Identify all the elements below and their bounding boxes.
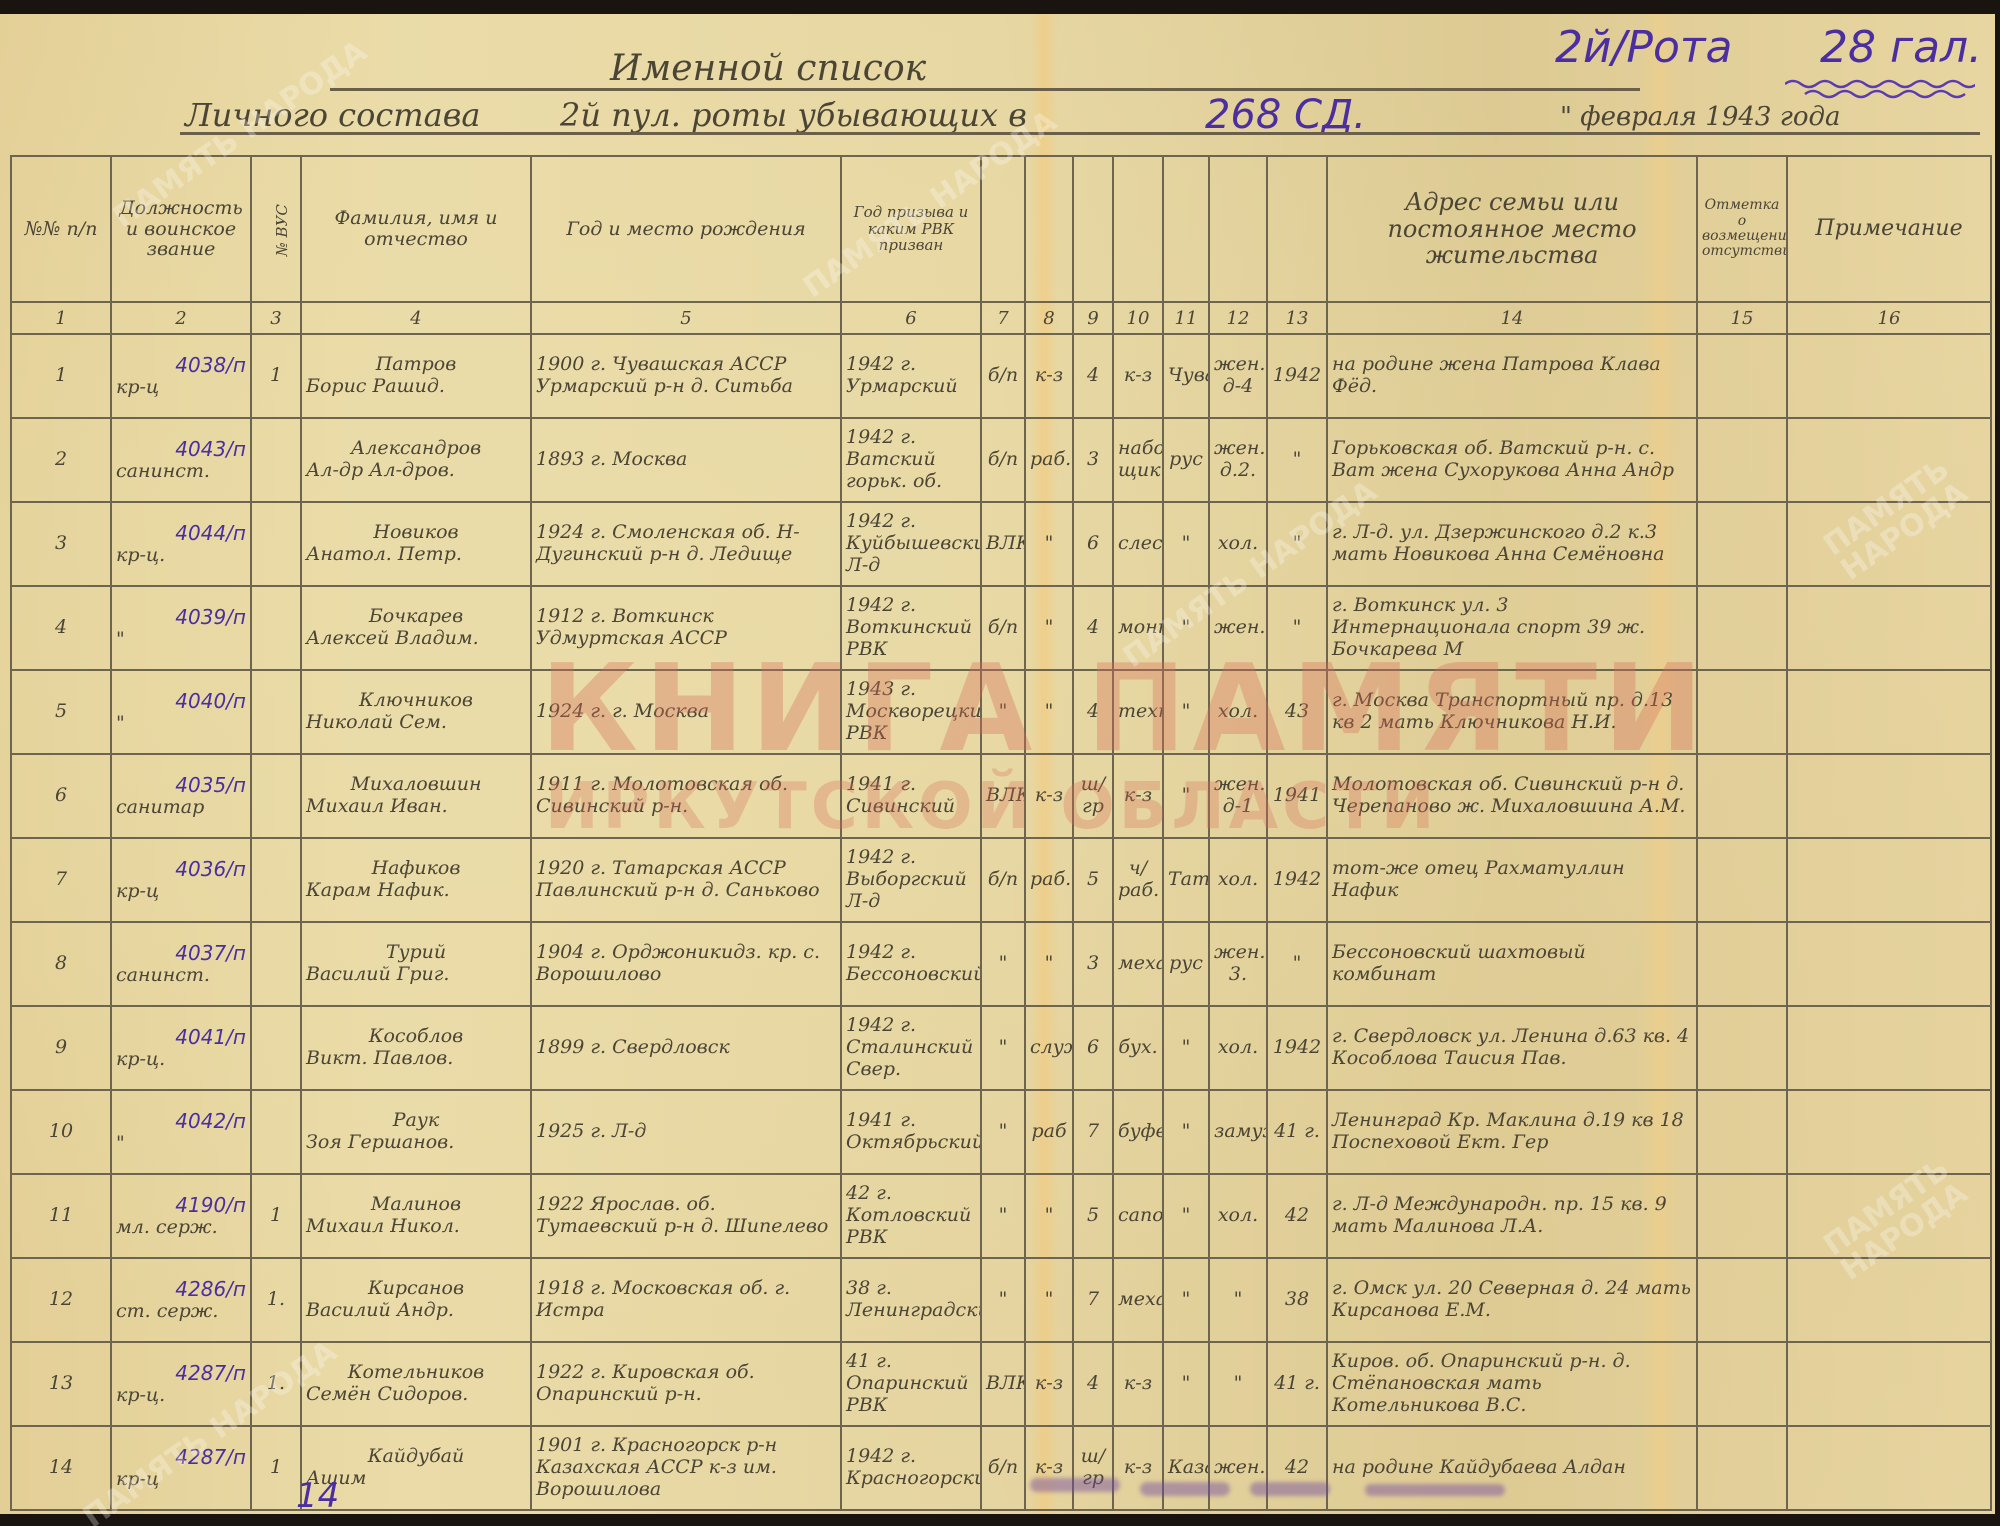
- note-cell: [1787, 586, 1991, 670]
- note-cell: [1787, 1006, 1991, 1090]
- social-cell: к-з: [1025, 1342, 1073, 1426]
- col-num: 10: [1113, 302, 1163, 334]
- header-oath: Принимал присягу: [1267, 156, 1327, 302]
- oath-cell: 1941: [1267, 754, 1327, 838]
- ink-stain: [1365, 1484, 1505, 1496]
- surname: Михаловшин: [306, 774, 526, 796]
- service-number: 4043/п: [116, 438, 246, 461]
- header-vus: № ВУС: [251, 156, 301, 302]
- row-number: 9: [11, 1006, 111, 1090]
- rank-cell: 4287/пкр-ц: [111, 1426, 251, 1510]
- oath-cell: ": [1267, 922, 1327, 1006]
- rank-cell: 4190/пмл. серж.: [111, 1174, 251, 1258]
- specialty-cell: к-з: [1113, 1426, 1163, 1510]
- nationality-cell: Казах: [1163, 1426, 1209, 1510]
- nationality-cell: ": [1163, 1174, 1209, 1258]
- draft-cell: 1943 г. Москворецкий РВК: [841, 670, 981, 754]
- vus-cell: [251, 838, 301, 922]
- header-family: Семейное положение: [1209, 156, 1267, 302]
- rank-text: кр-ц: [116, 1469, 246, 1491]
- mark-cell: [1697, 1258, 1787, 1342]
- rank-text: кр-ц: [116, 377, 246, 399]
- birth-cell: 1922 Ярослав. об. Тутаевский р-н д. Шипе…: [531, 1174, 841, 1258]
- table-row: 44039/п"БочкаревАлексей Владим.1912 г. В…: [11, 586, 1991, 670]
- service-number: 4287/п: [116, 1362, 246, 1385]
- given-name: Василий Григ.: [306, 964, 526, 986]
- party-cell: б/п: [981, 586, 1025, 670]
- row-number: 2: [11, 418, 111, 502]
- education-cell: 4: [1073, 1342, 1113, 1426]
- row-number: 11: [11, 1174, 111, 1258]
- vus-cell: [251, 754, 301, 838]
- service-number: 4038/п: [116, 354, 246, 377]
- full-name-cell: НафиковКарам Нафик.: [301, 838, 531, 922]
- col-num: 5: [531, 302, 841, 334]
- social-cell: к-з: [1025, 754, 1073, 838]
- specialty-cell: механик: [1113, 922, 1163, 1006]
- note-cell: [1787, 1258, 1991, 1342]
- surname: Раук: [306, 1110, 526, 1132]
- rank-cell: 4037/псанинст.: [111, 922, 251, 1006]
- document-date: " февраля 1943 года: [1560, 102, 1840, 132]
- given-name: Семён Сидоров.: [306, 1384, 526, 1406]
- subtitle-unit: 2й пул. роты убывающих в: [560, 96, 1027, 134]
- rank-text: санинст.: [116, 461, 246, 483]
- address-cell: г. Москва Транспортный пр. д.13 кв 2 мат…: [1327, 670, 1697, 754]
- party-cell: б/п: [981, 334, 1025, 418]
- birth-cell: 1904 г. Орджоникидз. кр. с. Ворошилово: [531, 922, 841, 1006]
- rank-text: кр-ц.: [116, 1049, 246, 1071]
- mark-cell: [1697, 1174, 1787, 1258]
- nationality-cell: ": [1163, 1090, 1209, 1174]
- address-cell: г. Л-д. ул. Дзержинского д.2 к.3 мать Но…: [1327, 502, 1697, 586]
- party-cell: ": [981, 1006, 1025, 1090]
- ink-stain: [1250, 1482, 1330, 1496]
- mark-cell: [1697, 502, 1787, 586]
- service-number: 4190/п: [116, 1194, 246, 1217]
- bottom-count-mark: 14: [296, 1476, 339, 1516]
- birth-cell: 1893 г. Москва: [531, 418, 841, 502]
- vus-cell: 1: [251, 1174, 301, 1258]
- birth-cell: 1918 г. Московская об. г. Истра: [531, 1258, 841, 1342]
- full-name-cell: БочкаревАлексей Владим.: [301, 586, 531, 670]
- mark-cell: [1697, 586, 1787, 670]
- family-cell: жен. 3.: [1209, 922, 1267, 1006]
- birth-cell: 1924 г. Смоленская об. Н-Дугинский р-н д…: [531, 502, 841, 586]
- family-cell: хол.: [1209, 838, 1267, 922]
- education-cell: 3: [1073, 922, 1113, 1006]
- header-nationality: Национальность: [1163, 156, 1209, 302]
- given-name: Карам Нафик.: [306, 880, 526, 902]
- birth-cell: 1901 г. Красногорск р-н Казахская АССР к…: [531, 1426, 841, 1510]
- rank-text: ст. серж.: [116, 1301, 246, 1323]
- address-cell: Молотовская об. Сивинский р-н д. Черепан…: [1327, 754, 1697, 838]
- row-number: 6: [11, 754, 111, 838]
- rank-cell: 4287/пкр-ц.: [111, 1342, 251, 1426]
- header-draft: Год призыва и каким РВК призван: [841, 156, 981, 302]
- rank-text: ": [116, 713, 246, 735]
- party-cell: ": [981, 1174, 1025, 1258]
- service-number: 4286/п: [116, 1278, 246, 1301]
- double-wavy-underline: [1785, 78, 1975, 100]
- rank-cell: 4040/п": [111, 670, 251, 754]
- header-education: Образование: [1073, 156, 1113, 302]
- oath-cell: 41 г.: [1267, 1342, 1327, 1426]
- header-social: Социальное положение: [1025, 156, 1073, 302]
- given-name: Викт. Павлов.: [306, 1048, 526, 1070]
- mark-cell: [1697, 1006, 1787, 1090]
- draft-cell: 1942 г. Воткинский РВК: [841, 586, 981, 670]
- full-name-cell: КирсановВасилий Андр.: [301, 1258, 531, 1342]
- specialty-cell: к-з: [1113, 1342, 1163, 1426]
- vus-cell: [251, 922, 301, 1006]
- birth-cell: 1899 г. Свердловск: [531, 1006, 841, 1090]
- ink-stain: [1030, 1478, 1120, 1492]
- full-name-cell: РаукЗоя Гершанов.: [301, 1090, 531, 1174]
- specialty-cell: монтёр: [1113, 586, 1163, 670]
- col-num: 6: [841, 302, 981, 334]
- surname: Ключников: [306, 690, 526, 712]
- full-name-cell: КособловВикт. Павлов.: [301, 1006, 531, 1090]
- table-row: 124286/пст. серж.1.КирсановВасилий Андр.…: [11, 1258, 1991, 1342]
- rank-cell: 4036/пкр-ц: [111, 838, 251, 922]
- draft-cell: 42 г. Котловский РВК: [841, 1174, 981, 1258]
- education-cell: ш/гр: [1073, 754, 1113, 838]
- col-num: 7: [981, 302, 1025, 334]
- subtitle-left: Личного состава: [185, 96, 480, 134]
- company-reference: 28 гал.: [1820, 22, 1982, 73]
- oath-cell: 1942: [1267, 1006, 1327, 1090]
- social-cell: ": [1025, 502, 1073, 586]
- oath-cell: ": [1267, 502, 1327, 586]
- nationality-cell: Чуваш: [1163, 334, 1209, 418]
- header-rank: Должность и воинское звание: [111, 156, 251, 302]
- surname: Александров: [306, 438, 526, 460]
- address-cell: г. Свердловск ул. Ленина д.63 кв. 4 Косо…: [1327, 1006, 1697, 1090]
- title-underline: [330, 88, 1640, 91]
- family-cell: замуж.: [1209, 1090, 1267, 1174]
- nationality-cell: ": [1163, 670, 1209, 754]
- header-number: №№ п/п: [11, 156, 111, 302]
- draft-cell: 1942 г. Бессоновский: [841, 922, 981, 1006]
- surname: Кайдубай: [306, 1446, 526, 1468]
- header-party: Партийность: [981, 156, 1025, 302]
- oath-cell: ": [1267, 586, 1327, 670]
- col-num: 9: [1073, 302, 1113, 334]
- draft-cell: 38 г. Ленинградский: [841, 1258, 981, 1342]
- header-note: Примечание: [1787, 156, 1991, 302]
- oath-cell: 43: [1267, 670, 1327, 754]
- address-cell: тот-же отец Рахматуллин Нафик: [1327, 838, 1697, 922]
- table-row: 114190/пмл. серж.1МалиновМихаил Никол.19…: [11, 1174, 1991, 1258]
- col-num: 13: [1267, 302, 1327, 334]
- col-num: 15: [1697, 302, 1787, 334]
- specialty-cell: к-з: [1113, 754, 1163, 838]
- given-name: Николай Сем.: [306, 712, 526, 734]
- service-number: 4035/п: [116, 774, 246, 797]
- rank-cell: 4041/пкр-ц.: [111, 1006, 251, 1090]
- full-name-cell: КотельниковСемён Сидоров.: [301, 1342, 531, 1426]
- note-cell: [1787, 1426, 1991, 1510]
- service-number: 4042/п: [116, 1110, 246, 1133]
- surname: Кособлов: [306, 1026, 526, 1048]
- col-num: 16: [1787, 302, 1991, 334]
- education-cell: 7: [1073, 1090, 1113, 1174]
- social-cell: ": [1025, 670, 1073, 754]
- rank-text: ": [116, 629, 246, 651]
- education-cell: 5: [1073, 838, 1113, 922]
- specialty-cell: слесарь: [1113, 502, 1163, 586]
- party-cell: ВЛКСМ: [981, 754, 1025, 838]
- vus-cell: [251, 586, 301, 670]
- row-number: 7: [11, 838, 111, 922]
- draft-cell: 1942 г. Красногорский: [841, 1426, 981, 1510]
- education-cell: 4: [1073, 334, 1113, 418]
- specialty-cell: сапожн.: [1113, 1174, 1163, 1258]
- draft-cell: 1942 г. Ватский горьк. об.: [841, 418, 981, 502]
- oath-cell: 42: [1267, 1426, 1327, 1510]
- specialty-cell: ч/раб.: [1113, 838, 1163, 922]
- education-cell: 4: [1073, 586, 1113, 670]
- table-row: 64035/псанитарМихаловшинМихаил Иван.1911…: [11, 754, 1991, 838]
- mark-cell: [1697, 334, 1787, 418]
- family-cell: жен. д-1: [1209, 754, 1267, 838]
- nationality-cell: рус: [1163, 922, 1209, 1006]
- header-birth: Год и место рождения: [531, 156, 841, 302]
- rank-cell: 4043/псанинст.: [111, 418, 251, 502]
- birth-cell: 1920 г. Татарская АССР Павлинский р-н д.…: [531, 838, 841, 922]
- full-name-cell: АлександровАл-др Ал-дров.: [301, 418, 531, 502]
- table-row: 134287/пкр-ц.1.КотельниковСемён Сидоров.…: [11, 1342, 1991, 1426]
- draft-cell: 1941 г. Октябрьский: [841, 1090, 981, 1174]
- note-cell: [1787, 670, 1991, 754]
- rank-cell: 4035/псанитар: [111, 754, 251, 838]
- table-header-row: №№ п/п Должность и воинское звание № ВУС…: [11, 156, 1991, 302]
- nationality-cell: Татар: [1163, 838, 1209, 922]
- header-address: Адрес семьи или постоянное место жительс…: [1327, 156, 1697, 302]
- family-cell: жен. д.2.: [1209, 418, 1267, 502]
- mark-cell: [1697, 922, 1787, 1006]
- birth-cell: 1911 г. Молотовская об. Сивинский р-н.: [531, 754, 841, 838]
- nationality-cell: рус: [1163, 418, 1209, 502]
- education-cell: 6: [1073, 1006, 1113, 1090]
- col-num: 12: [1209, 302, 1267, 334]
- surname: Кирсанов: [306, 1278, 526, 1300]
- header-specialty: Специальность гражданская: [1113, 156, 1163, 302]
- service-number: 4044/п: [116, 522, 246, 545]
- row-number: 1: [11, 334, 111, 418]
- draft-cell: 1941 г. Сивинский: [841, 754, 981, 838]
- given-name: Алексей Владим.: [306, 628, 526, 650]
- birth-cell: 1922 г. Кировская об. Опаринский р-н.: [531, 1342, 841, 1426]
- row-number: 8: [11, 922, 111, 1006]
- table-row: 74036/пкр-цНафиковКарам Нафик.1920 г. Та…: [11, 838, 1991, 922]
- mark-cell: [1697, 1342, 1787, 1426]
- nationality-cell: ": [1163, 502, 1209, 586]
- education-cell: ш/гр: [1073, 1426, 1113, 1510]
- col-num: 11: [1163, 302, 1209, 334]
- row-number: 10: [11, 1090, 111, 1174]
- social-cell: служ.: [1025, 1006, 1073, 1090]
- social-cell: к-з: [1025, 1426, 1073, 1510]
- service-number: 4039/п: [116, 606, 246, 629]
- oath-cell: 1942: [1267, 334, 1327, 418]
- table-row: 54040/п"КлючниковНиколай Сем.1924 г. г. …: [11, 670, 1991, 754]
- address-cell: на родине Кайдубаева Алдан: [1327, 1426, 1697, 1510]
- rank-text: кр-ц: [116, 881, 246, 903]
- social-cell: ": [1025, 586, 1073, 670]
- birth-cell: 1912 г. Воткинск Удмуртская АССР: [531, 586, 841, 670]
- service-number: 4036/п: [116, 858, 246, 881]
- draft-cell: 1942 г. Куйбышевский Л-д: [841, 502, 981, 586]
- column-number-row: 1 2 3 4 5 6 7 8 9 10 11 12 13 14 15 16: [11, 302, 1991, 334]
- subtitle-underline: [180, 132, 1980, 135]
- mark-cell: [1697, 838, 1787, 922]
- address-cell: Горьковская об. Ватский р-н. с. Ват жена…: [1327, 418, 1697, 502]
- note-cell: [1787, 1342, 1991, 1426]
- mark-cell: [1697, 1426, 1787, 1510]
- rank-text: санинст.: [116, 965, 246, 987]
- surname: Новиков: [306, 522, 526, 544]
- family-cell: ": [1209, 1342, 1267, 1426]
- full-name-cell: МихаловшинМихаил Иван.: [301, 754, 531, 838]
- surname: Нафиков: [306, 858, 526, 880]
- full-name-cell: КлючниковНиколай Сем.: [301, 670, 531, 754]
- col-num: 4: [301, 302, 531, 334]
- table-row: 34044/пкр-ц.НовиковАнатол. Петр.1924 г. …: [11, 502, 1991, 586]
- family-cell: жен.: [1209, 1426, 1267, 1510]
- specialty-cell: бух.: [1113, 1006, 1163, 1090]
- address-cell: Киров. об. Опаринский р-н. д. Стёпановск…: [1327, 1342, 1697, 1426]
- personnel-table: №№ п/п Должность и воинское звание № ВУС…: [10, 155, 1992, 1511]
- row-number: 13: [11, 1342, 111, 1426]
- family-cell: хол.: [1209, 1174, 1267, 1258]
- rank-text: кр-ц.: [116, 1385, 246, 1407]
- col-num: 8: [1025, 302, 1073, 334]
- education-cell: 3: [1073, 418, 1113, 502]
- party-cell: ВЛКСМ: [981, 1342, 1025, 1426]
- draft-cell: 1942 г. Сталинский Свер.: [841, 1006, 981, 1090]
- service-number: 4041/п: [116, 1026, 246, 1049]
- party-cell: ": [981, 1090, 1025, 1174]
- given-name: Михаил Никол.: [306, 1216, 526, 1238]
- family-cell: ": [1209, 1258, 1267, 1342]
- row-number: 12: [11, 1258, 111, 1342]
- education-cell: 4: [1073, 670, 1113, 754]
- education-cell: 7: [1073, 1258, 1113, 1342]
- vus-cell: 1: [251, 334, 301, 418]
- company-label: 2й/Рота: [1555, 22, 1732, 73]
- specialty-cell: техник: [1113, 670, 1163, 754]
- party-cell: б/п: [981, 838, 1025, 922]
- note-cell: [1787, 1174, 1991, 1258]
- header-mark: Отметка о возмещении отсутствии: [1697, 156, 1787, 302]
- surname: Бочкарев: [306, 606, 526, 628]
- party-cell: ": [981, 670, 1025, 754]
- row-number: 5: [11, 670, 111, 754]
- rank-cell: 4039/п": [111, 586, 251, 670]
- social-cell: раб.: [1025, 838, 1073, 922]
- birth-cell: 1925 г. Л-д: [531, 1090, 841, 1174]
- family-cell: жен. д-4: [1209, 334, 1267, 418]
- mark-cell: [1697, 754, 1787, 838]
- table-row: 14038/пкр-ц1ПатровБорис Рашид.1900 г. Чу…: [11, 334, 1991, 418]
- rank-text: санитар: [116, 797, 246, 819]
- family-cell: жен.: [1209, 586, 1267, 670]
- specialty-cell: набор-щик: [1113, 418, 1163, 502]
- given-name: Борис Рашид.: [306, 376, 526, 398]
- surname: Патров: [306, 354, 526, 376]
- party-cell: б/п: [981, 1426, 1025, 1510]
- given-name: Михаил Иван.: [306, 796, 526, 818]
- specialty-cell: буфет.: [1113, 1090, 1163, 1174]
- surname: Турий: [306, 942, 526, 964]
- col-num: 2: [111, 302, 251, 334]
- social-cell: к-з: [1025, 334, 1073, 418]
- education-cell: 5: [1073, 1174, 1113, 1258]
- oath-cell: 42: [1267, 1174, 1327, 1258]
- education-cell: 6: [1073, 502, 1113, 586]
- vus-cell: [251, 670, 301, 754]
- social-cell: раб.: [1025, 418, 1073, 502]
- note-cell: [1787, 418, 1991, 502]
- table-row: 24043/псанинст.АлександровАл-др Ал-дров.…: [11, 418, 1991, 502]
- nationality-cell: ": [1163, 586, 1209, 670]
- rank-cell: 4286/пст. серж.: [111, 1258, 251, 1342]
- rank-cell: 4044/пкр-ц.: [111, 502, 251, 586]
- party-cell: ": [981, 1258, 1025, 1342]
- oath-cell: ": [1267, 418, 1327, 502]
- service-number: 4037/п: [116, 942, 246, 965]
- service-number: 4040/п: [116, 690, 246, 713]
- nationality-cell: ": [1163, 1342, 1209, 1426]
- row-number: 3: [11, 502, 111, 586]
- vus-cell: 1: [251, 1426, 301, 1510]
- table-row: 94041/пкр-ц.КособловВикт. Павлов.1899 г.…: [11, 1006, 1991, 1090]
- rank-cell: 4038/пкр-ц: [111, 334, 251, 418]
- given-name: Зоя Гершанов.: [306, 1132, 526, 1154]
- address-cell: на родине жена Патрова Клава Фёд.: [1327, 334, 1697, 418]
- family-cell: хол.: [1209, 1006, 1267, 1090]
- family-cell: хол.: [1209, 670, 1267, 754]
- note-cell: [1787, 1090, 1991, 1174]
- vus-cell: [251, 418, 301, 502]
- social-cell: ": [1025, 1174, 1073, 1258]
- birth-cell: 1924 г. г. Москва: [531, 670, 841, 754]
- party-cell: ": [981, 922, 1025, 1006]
- service-number: 4287/п: [116, 1446, 246, 1469]
- full-name-cell: ПатровБорис Рашид.: [301, 334, 531, 418]
- address-cell: г. Воткинск ул. 3 Интернационала спорт 3…: [1327, 586, 1697, 670]
- col-num: 14: [1327, 302, 1697, 334]
- address-cell: г. Л-д Международн. пр. 15 кв. 9 мать Ма…: [1327, 1174, 1697, 1258]
- note-cell: [1787, 754, 1991, 838]
- oath-cell: 38: [1267, 1258, 1327, 1342]
- col-num: 1: [11, 302, 111, 334]
- family-cell: хол.: [1209, 502, 1267, 586]
- mark-cell: [1697, 1090, 1787, 1174]
- social-cell: ": [1025, 1258, 1073, 1342]
- nationality-cell: ": [1163, 1006, 1209, 1090]
- draft-cell: 1942 г. Выборгский Л-д: [841, 838, 981, 922]
- given-name: Василий Андр.: [306, 1300, 526, 1322]
- address-cell: г. Омск ул. 20 Северная д. 24 мать Кирса…: [1327, 1258, 1697, 1342]
- vus-cell: [251, 1006, 301, 1090]
- full-name-cell: ТурийВасилий Григ.: [301, 922, 531, 1006]
- note-cell: [1787, 922, 1991, 1006]
- vus-cell: 1.: [251, 1342, 301, 1426]
- social-cell: раб: [1025, 1090, 1073, 1174]
